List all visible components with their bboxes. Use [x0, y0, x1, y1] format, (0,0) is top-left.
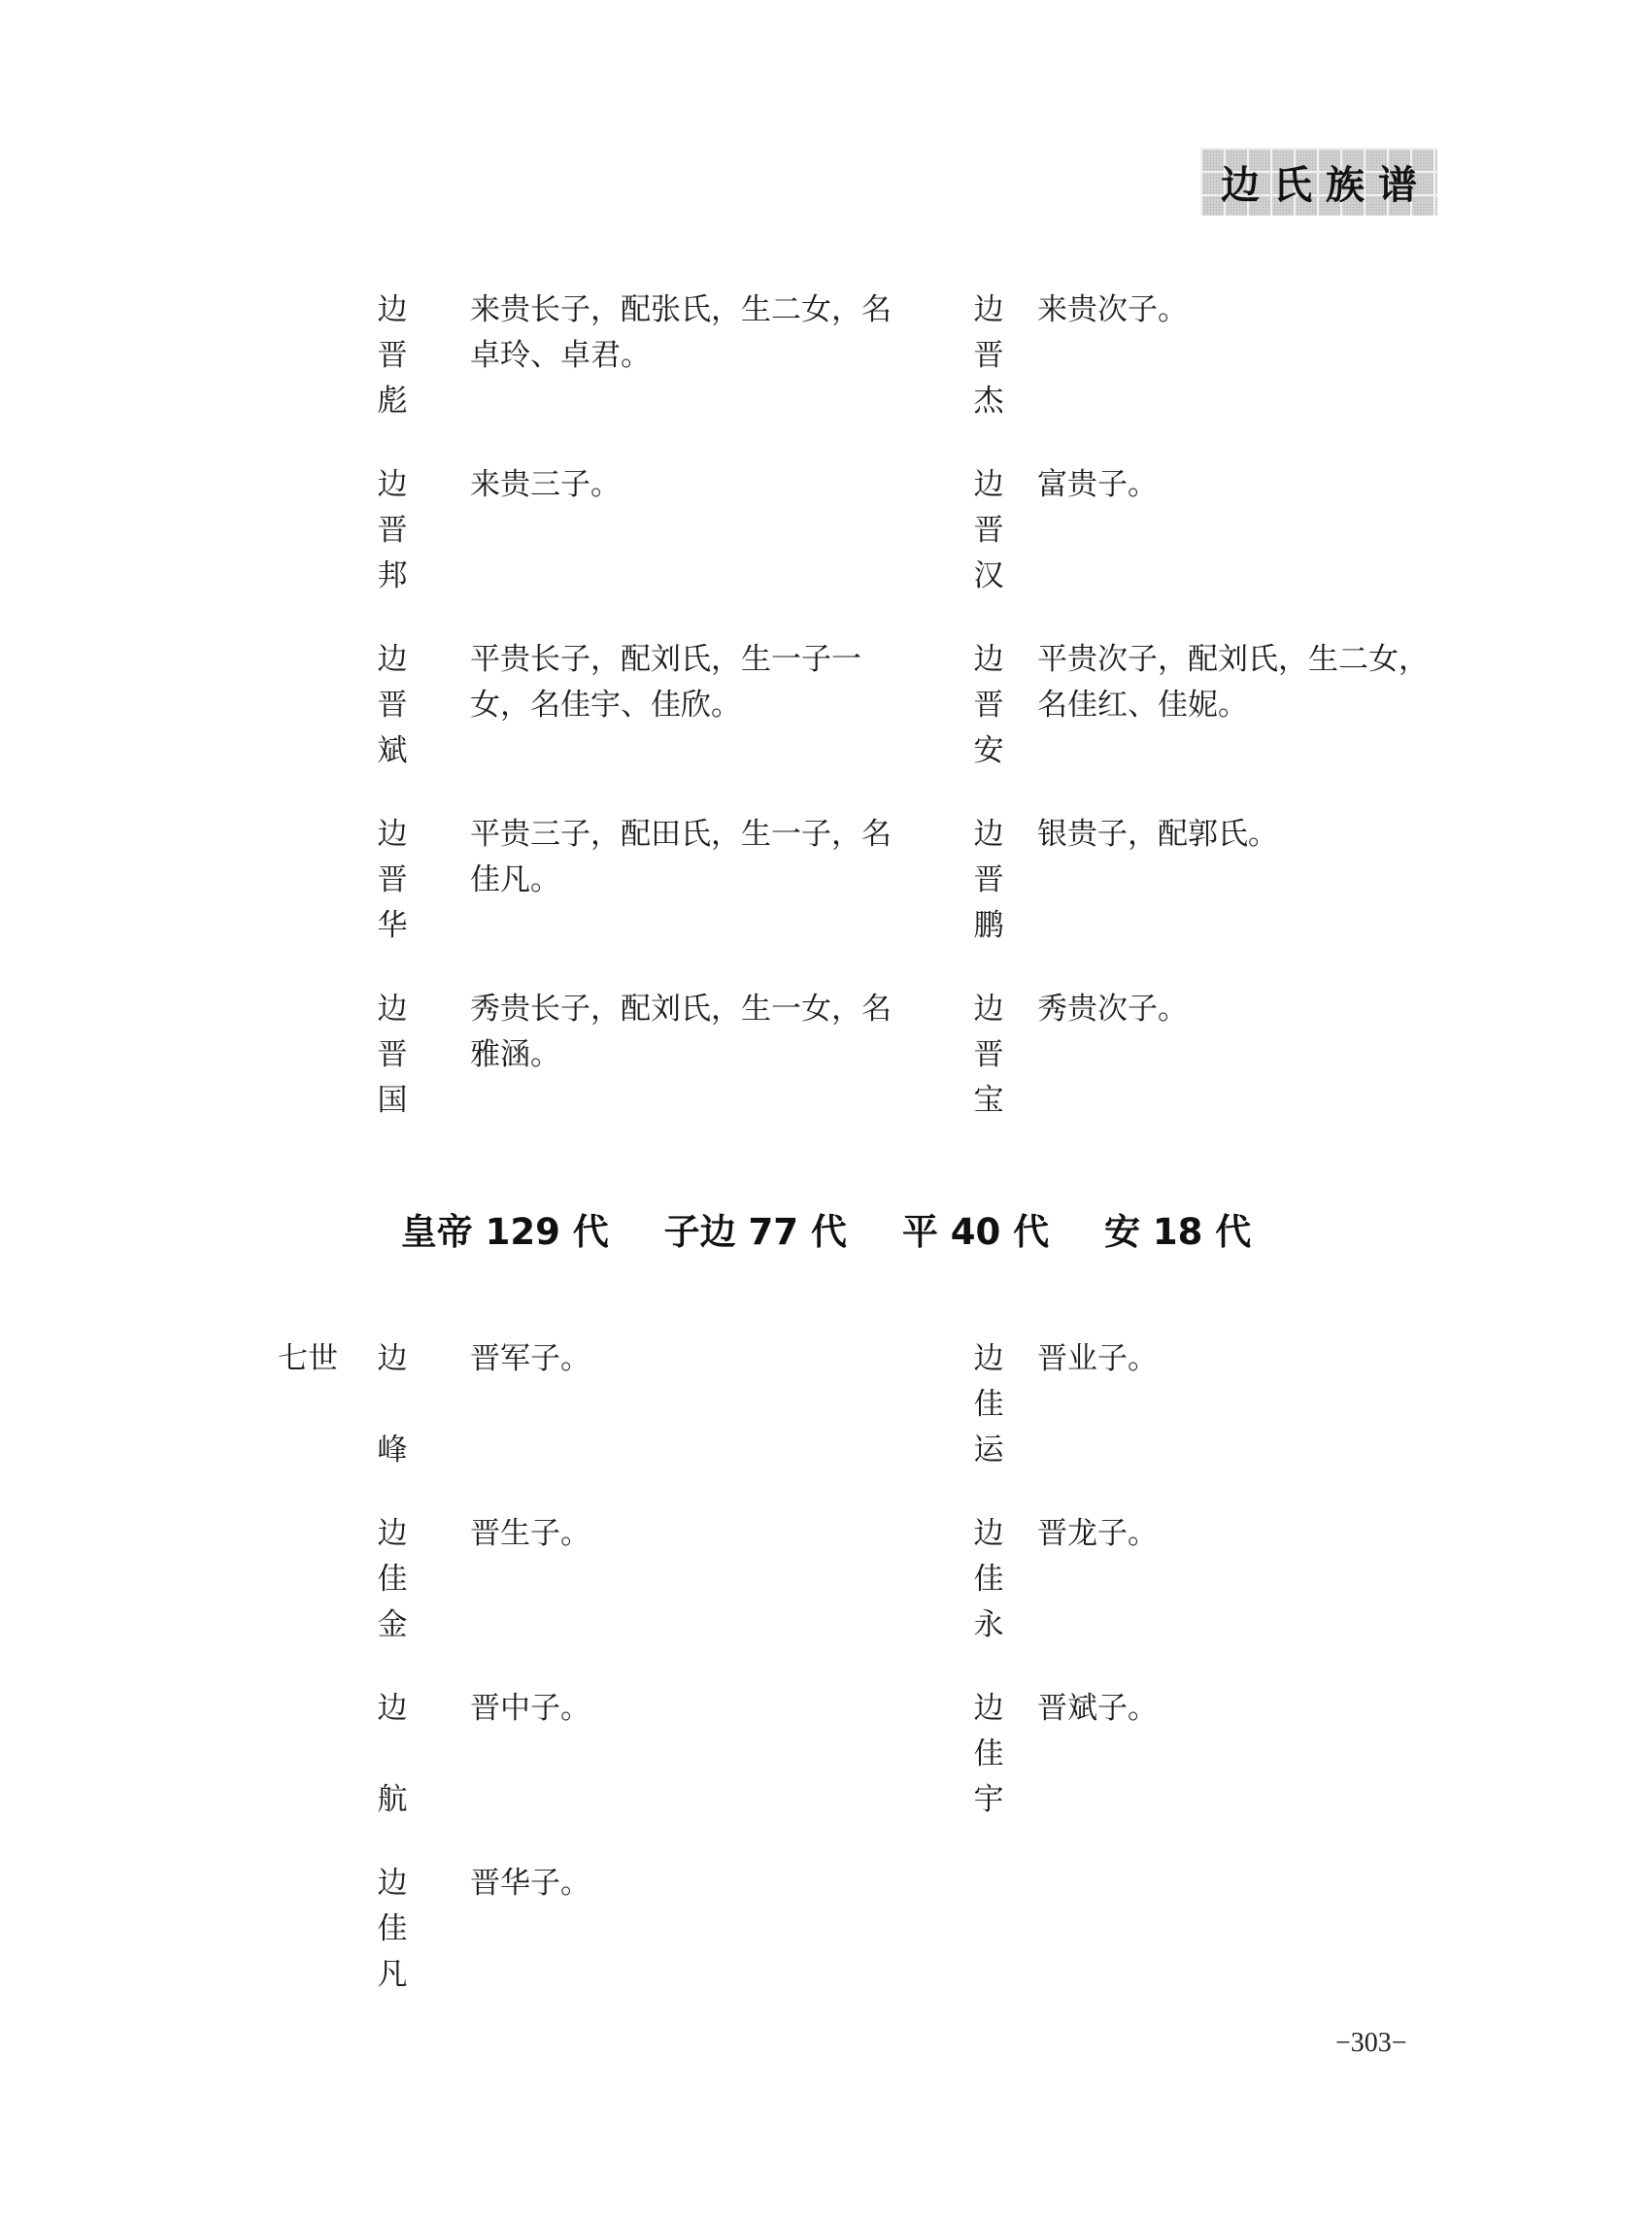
name-character: 边	[375, 287, 410, 333]
description-line: 女，名佳宇、佳欣。	[470, 683, 861, 728]
name-character: 边	[375, 637, 410, 683]
name-character: 彪	[375, 379, 410, 424]
name-character: 边	[375, 812, 410, 858]
running-header-title: 边氏族谱	[1207, 154, 1431, 210]
person-name-vertical: 边晋华	[375, 812, 410, 949]
person-name-vertical: 边晋安	[971, 637, 1006, 774]
name-character: 边	[971, 637, 1006, 683]
name-character: 佳	[971, 1382, 1006, 1428]
name-character: 晋	[971, 858, 1006, 903]
name-character: 金	[375, 1602, 410, 1648]
person-name-vertical: 边佳宇	[971, 1686, 1006, 1823]
person-name-vertical: 边晋鹏	[971, 812, 1006, 949]
name-character	[375, 1382, 410, 1428]
name-character: 边	[375, 1336, 410, 1382]
name-character: 佳	[971, 1732, 1006, 1777]
description-line: 秀贵次子。	[1037, 987, 1188, 1032]
person-name-vertical: 边晋汉	[971, 462, 1006, 599]
name-character: 边	[971, 812, 1006, 858]
name-character: 杰	[971, 379, 1006, 424]
description-line: 富贵子。	[1037, 462, 1158, 508]
person-name-vertical: 边峰	[375, 1336, 410, 1473]
heading-part-emperor: 皇帝 129 代	[401, 1211, 609, 1253]
heading-part-an: 安 18 代	[1104, 1211, 1251, 1253]
person-description: 富贵子。	[1037, 462, 1158, 508]
name-character: 峰	[375, 1428, 410, 1473]
person-description: 来贵三子。	[470, 462, 621, 508]
name-character: 边	[375, 462, 410, 508]
person-description: 晋业子。	[1037, 1336, 1158, 1382]
name-character: 宝	[971, 1078, 1006, 1124]
name-character: 晋	[375, 858, 410, 903]
description-line: 雅涵。	[470, 1032, 892, 1078]
name-character	[375, 1732, 410, 1777]
person-name-vertical: 边佳凡	[375, 1861, 410, 1998]
description-line: 晋龙子。	[1037, 1511, 1158, 1557]
person-name-vertical: 边晋邦	[375, 462, 410, 599]
person-name-vertical: 边晋斌	[375, 637, 410, 774]
person-description: 晋中子。	[470, 1686, 590, 1732]
name-character: 边	[971, 987, 1006, 1032]
name-character: 晋	[971, 333, 1006, 379]
running-header-box: 边氏族谱	[1200, 148, 1437, 216]
person-name-vertical: 边晋国	[375, 987, 410, 1124]
name-character: 佳	[971, 1557, 1006, 1602]
description-line: 晋斌子。	[1037, 1686, 1158, 1732]
person-description: 秀贵长子，配刘氏，生一女，名雅涵。	[470, 987, 892, 1078]
description-line: 平贵长子，配刘氏，生一子一	[470, 637, 861, 683]
person-name-vertical: 边晋杰	[971, 287, 1006, 424]
description-line: 晋生子。	[470, 1511, 590, 1557]
name-character: 汉	[971, 554, 1006, 599]
person-description: 来贵次子。	[1037, 287, 1188, 333]
name-character: 边	[375, 987, 410, 1032]
person-description: 秀贵次子。	[1037, 987, 1188, 1032]
name-character: 斌	[375, 728, 410, 774]
description-line: 银贵子，配郭氏。	[1037, 812, 1278, 858]
person-description: 晋华子。	[470, 1861, 590, 1906]
description-line: 佳凡。	[470, 858, 892, 903]
person-description: 晋斌子。	[1037, 1686, 1158, 1732]
name-character: 晋	[375, 333, 410, 379]
person-description: 晋龙子。	[1037, 1511, 1158, 1557]
name-character: 安	[971, 728, 1006, 774]
description-line: 平贵三子，配田氏，生一子，名	[470, 812, 892, 858]
name-character: 鹏	[971, 903, 1006, 949]
generation-heading: 皇帝 129 代 子边 77 代 平 40 代 安 18 代	[0, 1202, 1652, 1255]
name-character: 晋	[971, 683, 1006, 728]
description-line: 晋华子。	[470, 1861, 590, 1906]
name-character: 晋	[375, 683, 410, 728]
person-name-vertical: 边晋宝	[971, 987, 1006, 1124]
name-character: 晋	[971, 508, 1006, 554]
name-character: 晋	[971, 1032, 1006, 1078]
name-character: 华	[375, 903, 410, 949]
description-line: 平贵次子，配刘氏，生二女，	[1037, 637, 1429, 683]
name-character: 国	[375, 1078, 410, 1124]
person-description: 平贵次子，配刘氏，生二女，名佳红、佳妮。	[1037, 637, 1429, 728]
description-line: 来贵长子，配张氏，生二女，名	[470, 287, 892, 333]
name-character: 佳	[375, 1906, 410, 1952]
heading-part-ping: 平 40 代	[902, 1211, 1049, 1253]
name-character: 航	[375, 1777, 410, 1823]
person-description: 来贵长子，配张氏，生二女，名卓玲、卓君。	[470, 287, 892, 379]
heading-part-zibian: 子边 77 代	[664, 1211, 847, 1253]
description-line: 名佳红、佳妮。	[1037, 683, 1429, 728]
description-line: 来贵次子。	[1037, 287, 1188, 333]
description-line: 晋军子。	[470, 1336, 590, 1382]
person-description: 银贵子，配郭氏。	[1037, 812, 1278, 858]
name-character: 永	[971, 1602, 1006, 1648]
person-description: 平贵三子，配田氏，生一子，名佳凡。	[470, 812, 892, 903]
name-character: 宇	[971, 1777, 1006, 1823]
person-name-vertical: 边航	[375, 1686, 410, 1823]
page-number: −303−	[1335, 2028, 1407, 2059]
name-character: 晋	[375, 1032, 410, 1078]
description-line: 来贵三子。	[470, 462, 621, 508]
name-character: 晋	[375, 508, 410, 554]
person-name-vertical: 边晋彪	[375, 287, 410, 424]
description-line: 卓玲、卓君。	[470, 333, 892, 379]
description-line: 秀贵长子，配刘氏，生一女，名	[470, 987, 892, 1032]
name-character: 边	[971, 462, 1006, 508]
name-character: 边	[375, 1861, 410, 1906]
name-character: 边	[375, 1511, 410, 1557]
person-name-vertical: 边佳运	[971, 1336, 1006, 1473]
person-description: 晋生子。	[470, 1511, 590, 1557]
person-description: 平贵长子，配刘氏，生一子一女，名佳宇、佳欣。	[470, 637, 861, 728]
generation-label: 七世	[278, 1336, 338, 1382]
name-character: 边	[971, 1511, 1006, 1557]
name-character: 佳	[375, 1557, 410, 1602]
name-character: 运	[971, 1428, 1006, 1473]
description-line: 晋中子。	[470, 1686, 590, 1732]
name-character: 边	[971, 1686, 1006, 1732]
person-name-vertical: 边佳金	[375, 1511, 410, 1648]
name-character: 边	[971, 287, 1006, 333]
name-character: 凡	[375, 1952, 410, 1998]
name-character: 边	[971, 1336, 1006, 1382]
person-name-vertical: 边佳永	[971, 1511, 1006, 1648]
description-line: 晋业子。	[1037, 1336, 1158, 1382]
name-character: 邦	[375, 554, 410, 599]
person-description: 晋军子。	[470, 1336, 590, 1382]
name-character: 边	[375, 1686, 410, 1732]
